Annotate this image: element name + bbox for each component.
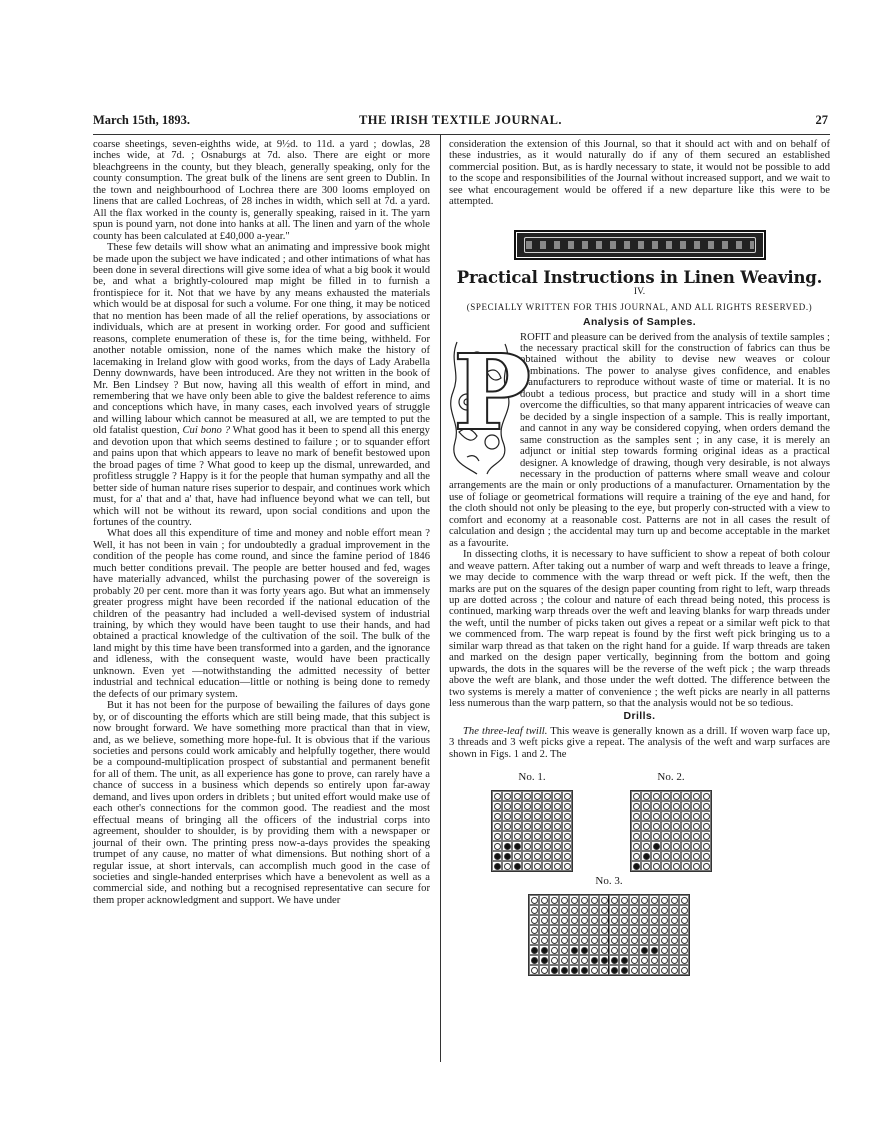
grid-cell <box>681 861 691 871</box>
filled-circle-icon <box>541 957 548 964</box>
empty-circle-icon <box>671 947 678 954</box>
decorative-ornament-banner <box>514 230 766 260</box>
empty-circle-icon <box>531 967 538 974</box>
grid-cell <box>599 955 609 965</box>
grid-cell <box>681 811 691 821</box>
empty-circle-icon <box>671 927 678 934</box>
grid-cell <box>522 861 532 871</box>
empty-circle-icon <box>544 803 551 810</box>
empty-circle-icon <box>601 927 608 934</box>
grid-cell <box>549 935 559 945</box>
empty-circle-icon <box>671 967 678 974</box>
grid-cell <box>661 851 671 861</box>
grid-cell <box>529 915 539 925</box>
empty-circle-icon <box>524 793 531 800</box>
empty-circle-icon <box>681 967 688 974</box>
grid-cell <box>589 965 599 975</box>
empty-circle-icon <box>494 823 501 830</box>
empty-circle-icon <box>564 853 571 860</box>
empty-circle-icon <box>643 863 650 870</box>
empty-circle-icon <box>554 853 561 860</box>
empty-circle-icon <box>611 937 618 944</box>
grid-cell <box>691 851 701 861</box>
filled-circle-icon <box>514 863 521 870</box>
column-divider <box>440 134 441 1062</box>
empty-circle-icon <box>544 853 551 860</box>
empty-circle-icon <box>673 803 680 810</box>
empty-circle-icon <box>693 793 700 800</box>
empty-circle-icon <box>631 897 638 904</box>
grid-cell <box>679 945 689 955</box>
grid-cell <box>529 945 539 955</box>
weave-name: The three-leaf twill. <box>463 726 547 737</box>
grid-cell <box>599 915 609 925</box>
running-header: March 15th, 1893. THE IRISH TEXTILE JOUR… <box>93 113 828 129</box>
filled-circle-icon <box>621 967 628 974</box>
grid-cell <box>651 851 661 861</box>
grid-cell <box>492 791 502 801</box>
empty-circle-icon <box>581 897 588 904</box>
empty-circle-icon <box>611 917 618 924</box>
empty-circle-icon <box>551 947 558 954</box>
grid-cell <box>671 851 681 861</box>
grid-cell <box>512 851 522 861</box>
grid-cell <box>641 811 651 821</box>
grid-cell <box>552 841 562 851</box>
grid-cell <box>542 831 552 841</box>
grid-cell <box>679 895 689 905</box>
empty-circle-icon <box>661 917 668 924</box>
grid-cell <box>549 895 559 905</box>
grid-cell <box>649 895 659 905</box>
grid-cell <box>661 841 671 851</box>
empty-circle-icon <box>534 833 541 840</box>
filled-circle-icon <box>611 957 618 964</box>
grid-cell <box>529 955 539 965</box>
grid-cell <box>542 811 552 821</box>
empty-circle-icon <box>554 833 561 840</box>
empty-circle-icon <box>703 793 710 800</box>
empty-circle-icon <box>571 927 578 934</box>
empty-circle-icon <box>683 843 690 850</box>
empty-circle-icon <box>601 897 608 904</box>
empty-circle-icon <box>661 967 668 974</box>
empty-circle-icon <box>524 853 531 860</box>
grid-cell <box>669 965 679 975</box>
empty-circle-icon <box>504 803 511 810</box>
empty-circle-icon <box>641 937 648 944</box>
filled-circle-icon <box>531 947 538 954</box>
paragraph: P ROFIT and pleasure can be derived from… <box>449 332 830 550</box>
grid-cell <box>549 965 559 975</box>
grid-cell <box>579 945 589 955</box>
empty-circle-icon <box>663 813 670 820</box>
empty-circle-icon <box>494 793 501 800</box>
empty-circle-icon <box>651 897 658 904</box>
grid-cell <box>539 895 549 905</box>
grid-cell <box>522 851 532 861</box>
empty-circle-icon <box>683 823 690 830</box>
grid-cell <box>562 791 572 801</box>
grid-cell <box>539 935 549 945</box>
empty-circle-icon <box>703 853 710 860</box>
grid-cell <box>542 791 552 801</box>
empty-circle-icon <box>504 793 511 800</box>
page-number: 27 <box>816 113 829 128</box>
grid-cell <box>639 965 649 975</box>
empty-circle-icon <box>643 843 650 850</box>
empty-circle-icon <box>531 917 538 924</box>
grid-cell <box>701 861 711 871</box>
grid-cell <box>659 905 669 915</box>
grid-cell <box>549 925 559 935</box>
empty-circle-icon <box>671 937 678 944</box>
grid-cell <box>631 821 641 831</box>
grid-cell <box>619 895 629 905</box>
empty-circle-icon <box>693 803 700 810</box>
grid-cell <box>589 925 599 935</box>
empty-circle-icon <box>683 803 690 810</box>
grid-cell <box>542 841 552 851</box>
empty-circle-icon <box>551 907 558 914</box>
empty-circle-icon <box>581 957 588 964</box>
grid-cell <box>492 831 502 841</box>
grid-cell <box>589 935 599 945</box>
empty-circle-icon <box>551 957 558 964</box>
grid-cell <box>532 831 542 841</box>
grid-cell <box>659 895 669 905</box>
empty-circle-icon <box>661 937 668 944</box>
empty-circle-icon <box>494 843 501 850</box>
grid-cell <box>651 831 661 841</box>
empty-circle-icon <box>591 897 598 904</box>
left-column: coarse sheetings, seven-eighths wide, at… <box>93 139 430 906</box>
empty-circle-icon <box>581 937 588 944</box>
empty-circle-icon <box>524 843 531 850</box>
filled-circle-icon <box>601 957 608 964</box>
empty-circle-icon <box>641 917 648 924</box>
empty-circle-icon <box>531 927 538 934</box>
empty-circle-icon <box>693 843 700 850</box>
grid-cell <box>492 821 502 831</box>
empty-circle-icon <box>544 813 551 820</box>
grid-cell <box>599 965 609 975</box>
empty-circle-icon <box>641 957 648 964</box>
empty-circle-icon <box>633 823 640 830</box>
empty-circle-icon <box>554 823 561 830</box>
grid-cell <box>701 801 711 811</box>
empty-circle-icon <box>551 927 558 934</box>
empty-circle-icon <box>651 937 658 944</box>
empty-circle-icon <box>641 907 648 914</box>
paragraph: consideration the extension of this Jour… <box>449 139 830 208</box>
latin-phrase: Cui bono ? <box>182 425 230 436</box>
grid-cell <box>641 791 651 801</box>
grid-cell <box>671 821 681 831</box>
empty-circle-icon <box>591 917 598 924</box>
grid-cell <box>651 821 661 831</box>
empty-circle-icon <box>534 863 541 870</box>
filled-circle-icon <box>531 957 538 964</box>
grid-cell <box>542 801 552 811</box>
empty-circle-icon <box>544 833 551 840</box>
grid-cell <box>562 801 572 811</box>
grid-cell <box>679 915 689 925</box>
grid-cell <box>562 831 572 841</box>
grid-cell <box>661 821 671 831</box>
grid-cell <box>681 851 691 861</box>
grid-cell <box>609 935 619 945</box>
empty-circle-icon <box>534 843 541 850</box>
grid-cell <box>701 821 711 831</box>
empty-circle-icon <box>541 967 548 974</box>
empty-circle-icon <box>571 937 578 944</box>
empty-circle-icon <box>633 813 640 820</box>
empty-circle-icon <box>601 907 608 914</box>
filled-circle-icon <box>653 843 660 850</box>
empty-circle-icon <box>671 957 678 964</box>
empty-circle-icon <box>531 907 538 914</box>
empty-circle-icon <box>653 853 660 860</box>
grid-cell <box>512 861 522 871</box>
ornament-foliage <box>526 241 754 249</box>
grid-cell <box>609 965 619 975</box>
empty-circle-icon <box>544 863 551 870</box>
empty-circle-icon <box>661 897 668 904</box>
grid-cell <box>609 905 619 915</box>
empty-circle-icon <box>564 823 571 830</box>
empty-circle-icon <box>671 917 678 924</box>
empty-circle-icon <box>554 813 561 820</box>
empty-circle-icon <box>611 927 618 934</box>
weave-diagram-3 <box>528 894 690 976</box>
grid-cell <box>532 851 542 861</box>
grid-cell <box>639 895 649 905</box>
grid-cell <box>619 965 629 975</box>
empty-circle-icon <box>631 937 638 944</box>
empty-circle-icon <box>524 803 531 810</box>
empty-circle-icon <box>673 853 680 860</box>
grid-cell <box>552 791 562 801</box>
filled-circle-icon <box>591 957 598 964</box>
grid-cell <box>502 811 512 821</box>
decorated-initial: P <box>447 332 514 480</box>
grid-cell <box>649 945 659 955</box>
empty-circle-icon <box>663 843 670 850</box>
grid-cell <box>599 945 609 955</box>
grid-cell <box>609 915 619 925</box>
grid-cell <box>599 895 609 905</box>
grid-cell <box>669 895 679 905</box>
empty-circle-icon <box>514 793 521 800</box>
rights-notice: (SPECIALLY WRITTEN FOR THIS JOURNAL, AND… <box>449 302 830 313</box>
empty-circle-icon <box>651 957 658 964</box>
grid-cell <box>681 831 691 841</box>
empty-circle-icon <box>663 793 670 800</box>
empty-circle-icon <box>673 793 680 800</box>
empty-circle-icon <box>601 937 608 944</box>
grid-cell <box>681 801 691 811</box>
empty-circle-icon <box>683 853 690 860</box>
empty-circle-icon <box>653 803 660 810</box>
grid-cell <box>619 935 629 945</box>
empty-circle-icon <box>504 813 511 820</box>
grid-cell <box>569 955 579 965</box>
grid-cell <box>579 905 589 915</box>
grid-cell <box>502 841 512 851</box>
grid-cell <box>619 945 629 955</box>
empty-circle-icon <box>663 833 670 840</box>
empty-circle-icon <box>633 853 640 860</box>
grid-cell <box>569 915 579 925</box>
empty-circle-icon <box>663 863 670 870</box>
weave-diagram-2 <box>630 790 712 872</box>
grid-cell <box>562 861 572 871</box>
grid-cell <box>671 791 681 801</box>
empty-circle-icon <box>561 927 568 934</box>
grid-cell <box>569 895 579 905</box>
empty-circle-icon <box>541 907 548 914</box>
empty-circle-icon <box>601 917 608 924</box>
grid-cell <box>522 791 532 801</box>
grid-cell <box>661 811 671 821</box>
filled-circle-icon <box>504 843 511 850</box>
grid-cell <box>532 861 542 871</box>
grid-cell <box>502 791 512 801</box>
grid-cell <box>691 801 701 811</box>
empty-circle-icon <box>544 823 551 830</box>
grid-cell <box>579 955 589 965</box>
grid-cell <box>599 925 609 935</box>
grid-cell <box>691 791 701 801</box>
grid-cell <box>639 955 649 965</box>
grid-cell <box>629 905 639 915</box>
grid-cell <box>569 935 579 945</box>
journal-page: March 15th, 1893. THE IRISH TEXTILE JOUR… <box>0 0 877 1135</box>
empty-circle-icon <box>671 907 678 914</box>
empty-circle-icon <box>653 863 660 870</box>
grid-cell <box>609 945 619 955</box>
grid-cell <box>701 791 711 801</box>
empty-circle-icon <box>683 813 690 820</box>
empty-circle-icon <box>633 803 640 810</box>
grid-cell <box>559 915 569 925</box>
empty-circle-icon <box>681 937 688 944</box>
filled-circle-icon <box>541 947 548 954</box>
grid-cell <box>492 811 502 821</box>
grid-cell <box>651 811 661 821</box>
empty-circle-icon <box>524 863 531 870</box>
grid-cell <box>492 851 502 861</box>
empty-circle-icon <box>633 793 640 800</box>
grid-cell <box>691 811 701 821</box>
grid-cell <box>649 935 659 945</box>
paragraph: In dissecting cloths, it is necessary to… <box>449 549 830 709</box>
grid-cell <box>549 915 559 925</box>
filled-circle-icon <box>571 967 578 974</box>
empty-circle-icon <box>571 957 578 964</box>
empty-circle-icon <box>531 897 538 904</box>
grid-cell <box>641 861 651 871</box>
grid-cell <box>659 955 669 965</box>
empty-circle-icon <box>643 803 650 810</box>
grid-cell <box>599 935 609 945</box>
grid-cell <box>651 791 661 801</box>
empty-circle-icon <box>631 917 638 924</box>
grid-cell <box>539 925 549 935</box>
grid-cell <box>659 915 669 925</box>
grid-cell <box>579 935 589 945</box>
grid-cell <box>579 925 589 935</box>
empty-circle-icon <box>693 863 700 870</box>
empty-circle-icon <box>661 907 668 914</box>
paragraph: But it has not been for the purpose of b… <box>93 700 430 906</box>
grid-cell <box>631 811 641 821</box>
grid-cell <box>661 801 671 811</box>
grid-cell <box>701 851 711 861</box>
grid-cell <box>629 955 639 965</box>
grid-cell <box>649 925 659 935</box>
empty-circle-icon <box>571 917 578 924</box>
grid-cell <box>631 861 641 871</box>
grid-cell <box>522 821 532 831</box>
grid-cell <box>562 851 572 861</box>
empty-circle-icon <box>651 917 658 924</box>
grid-cell <box>522 841 532 851</box>
article-title: Practical Instructions in Linen Weaving. <box>449 272 830 283</box>
grid-cell <box>669 905 679 915</box>
empty-circle-icon <box>621 917 628 924</box>
empty-circle-icon <box>671 897 678 904</box>
grid-cell <box>589 905 599 915</box>
empty-circle-icon <box>581 917 588 924</box>
empty-circle-icon <box>693 833 700 840</box>
empty-circle-icon <box>611 947 618 954</box>
filled-circle-icon <box>643 853 650 860</box>
grid-cell <box>512 821 522 831</box>
grid-cell <box>569 905 579 915</box>
grid-cell <box>502 821 512 831</box>
grid-cell <box>671 831 681 841</box>
empty-circle-icon <box>534 813 541 820</box>
grid-cell <box>529 965 539 975</box>
grid-cell <box>552 821 562 831</box>
empty-circle-icon <box>703 833 710 840</box>
empty-circle-icon <box>541 927 548 934</box>
grid-cell <box>579 895 589 905</box>
grid-cell <box>552 861 562 871</box>
header-rule <box>93 134 830 135</box>
filled-circle-icon <box>621 957 628 964</box>
grid-cell <box>559 945 569 955</box>
grid-cell <box>539 945 549 955</box>
grid-cell <box>549 905 559 915</box>
empty-circle-icon <box>544 793 551 800</box>
grid-cell <box>631 841 641 851</box>
empty-circle-icon <box>661 947 668 954</box>
empty-circle-icon <box>681 907 688 914</box>
grid-cell <box>701 831 711 841</box>
grid-cell <box>619 955 629 965</box>
empty-circle-icon <box>534 853 541 860</box>
grid-cell <box>631 801 641 811</box>
empty-circle-icon <box>534 803 541 810</box>
empty-circle-icon <box>544 843 551 850</box>
empty-circle-icon <box>561 917 568 924</box>
empty-circle-icon <box>631 967 638 974</box>
empty-circle-icon <box>651 927 658 934</box>
filled-circle-icon <box>581 947 588 954</box>
